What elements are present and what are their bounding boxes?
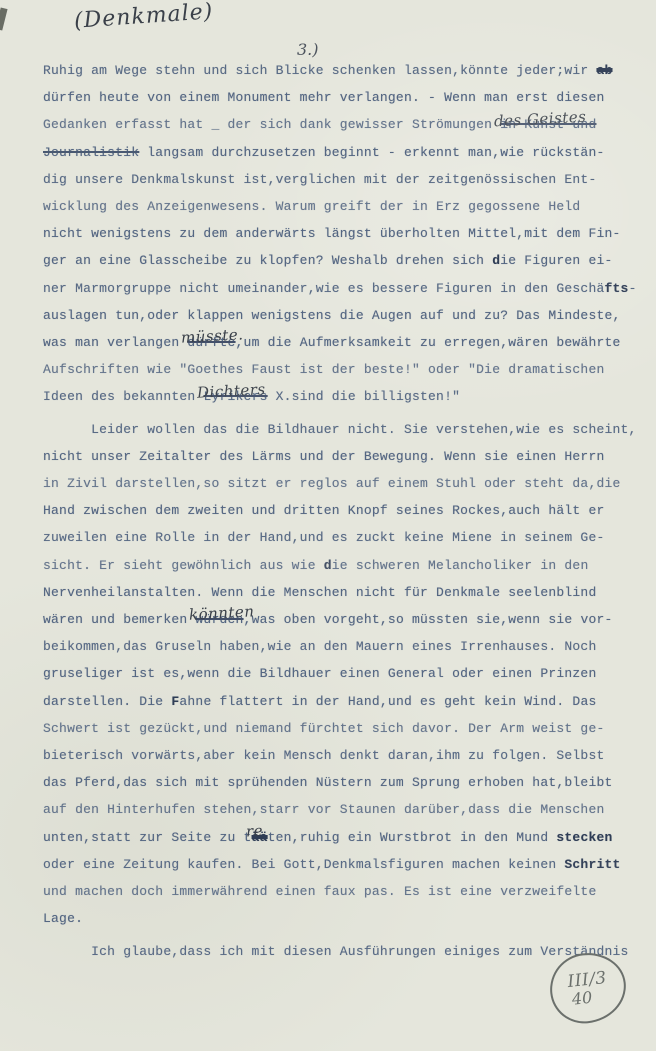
correction: dürftemüsste. [187, 329, 235, 356]
typed-text: ie schweren Melancholiker in den [332, 558, 589, 573]
typed-text: Aufschriften wie "Goethes Faust ist der … [43, 362, 605, 377]
typescript-line: nicht unser Zeitalter des Lärms und der … [43, 443, 633, 470]
typed-text: wären und bemerken [43, 612, 195, 627]
typescript-line: auf den Hinterhufen stehen,starr vor Sta… [43, 796, 633, 823]
typed-text: wicklung des Anzeigenwesens. Warum greif… [43, 199, 580, 214]
correction: ääre [252, 824, 268, 851]
typed-text: Ideen des bekannten [43, 389, 203, 404]
handwritten-correction: des Geistes [494, 109, 587, 129]
typescript-line: in Zivil darstellen,so sitzt er reglos a… [43, 470, 633, 497]
handwritten-correction: könnten [189, 605, 255, 623]
typed-text: zuweilen eine Rolle in der Hand,und es z… [43, 530, 605, 545]
overtyped-text: Schritt [564, 857, 620, 872]
typescript-line: auslagen tun,oder klappen wenigstens die… [43, 302, 633, 329]
typescript-line: Hand zwischen dem zweiten und dritten Kn… [43, 497, 633, 524]
typed-text: Nervenheilanstalten. Wenn die Menschen n… [43, 585, 596, 600]
typescript-line: Gedanken erfasst hat _ der sich dank gew… [43, 111, 633, 138]
document-page: (Denkmale) 3.) Ruhig am Wege stehn und s… [0, 0, 656, 1051]
typed-text: ,was oben vorgeht,so müssten sie,wenn si… [244, 612, 613, 627]
typed-text: ner Marmorgruppe nicht umeinander,wie es… [43, 281, 605, 296]
paragraph: Leider wollen das die Bildhauer nicht. S… [43, 416, 633, 933]
typescript-line: das Pferd,das sich mit sprühenden Nüster… [43, 769, 633, 796]
scan-edge-mark [0, 7, 8, 30]
typed-text: auf den Hinterhufen stehen,starr vor Sta… [43, 802, 605, 817]
typed-text: in Zivil darstellen,so sitzt er reglos a… [43, 476, 621, 491]
typescript-line: gruseliger ist es,wenn die Bildhauer ein… [43, 660, 633, 687]
typed-text: was man verlangen [43, 335, 187, 350]
typescript-line: Ich glaube,dass ich mit diesen Ausführun… [43, 938, 633, 965]
typed-text: nicht wenigstens zu dem anderwärts längs… [43, 226, 621, 241]
typed-text: dig unsere Denkmalskunst ist,verglichen … [43, 172, 596, 187]
typed-text: bieterisch vorwärts,aber kein Mensch den… [43, 748, 605, 763]
typescript-line: bieterisch vorwärts,aber kein Mensch den… [43, 742, 633, 769]
typed-text: gruseliger ist es,wenn die Bildhauer ein… [43, 666, 596, 681]
typescript-line: Ideen des bekannten LyrikersDichters X.s… [43, 383, 633, 410]
typescript-line: Journalistik langsam durchzusetzen begin… [43, 139, 633, 166]
correction: LyrikersDichters [203, 383, 267, 410]
typed-text: dürfen heute von einem Monument mehr ver… [43, 90, 605, 105]
typed-text: das Pferd,das sich mit sprühenden Nüster… [43, 775, 613, 790]
typed-text: nicht unser Zeitalter des Lärms und der … [43, 449, 605, 464]
paragraph: Ich glaube,dass ich mit diesen Ausführun… [43, 938, 633, 965]
typed-text: ahne flattert in der Hand,und es geht ke… [179, 694, 596, 709]
typescript-line: Leider wollen das die Bildhauer nicht. S… [43, 416, 633, 443]
typescript-line: dig unsere Denkmalskunst ist,verglichen … [43, 166, 633, 193]
typescript-body: Ruhig am Wege stehn und sich Blicke sche… [43, 57, 633, 965]
typed-text: langsam durchzusetzen beginnt - erkennt … [139, 145, 604, 160]
typed-text: und machen doch immerwährend einen faux … [43, 884, 596, 899]
typed-text: oder eine Zeitung kaufen. Bei Gott,Denkm… [43, 857, 564, 872]
handwritten-correction: re [245, 823, 263, 839]
typescript-line: Ruhig am Wege stehn und sich Blicke sche… [43, 57, 633, 84]
typescript-line: zuweilen eine Rolle in der Hand,und es z… [43, 524, 633, 551]
typed-text: Lage. [43, 911, 83, 926]
typescript-line: wicklung des Anzeigenwesens. Warum greif… [43, 193, 633, 220]
overtyped-text: stecken [556, 830, 612, 845]
typed-text: unten,statt zur Seite zu t [43, 830, 252, 845]
typed-text: ,um die Aufmerksamkeit zu erregen,wären … [236, 335, 621, 350]
typescript-line: oder eine Zeitung kaufen. Bei Gott,Denkm… [43, 851, 633, 878]
typescript-line: Aufschriften wie "Goethes Faust ist der … [43, 356, 633, 383]
obliterated-text: ab [596, 63, 612, 78]
typescript-line: ner Marmorgruppe nicht umeinander,wie es… [43, 275, 633, 302]
typescript-line: sicht. Er sieht gewöhnlich aus wie die s… [43, 552, 633, 579]
typescript-line: nicht wenigstens zu dem anderwärts längs… [43, 220, 633, 247]
correction: würdenkönnten [195, 606, 243, 633]
typescript-line: dürfen heute von einem Monument mehr ver… [43, 84, 633, 111]
typed-text: beikommen,das Gruseln haben,wie an den M… [43, 639, 596, 654]
paragraph: Ruhig am Wege stehn und sich Blicke sche… [43, 57, 633, 411]
typed-text: darstellen. Die [43, 694, 171, 709]
typed-text: - [629, 281, 637, 296]
handwritten-correction: Dichters [197, 382, 266, 401]
struck-text: Journalistik [43, 145, 139, 160]
typed-text: sicht. Er sieht gewöhnlich aus wie [43, 558, 324, 573]
overtyped-text: d [324, 558, 332, 573]
typed-text: ie Figuren ei- [500, 253, 612, 268]
typescript-line: beikommen,das Gruseln haben,wie an den M… [43, 633, 633, 660]
typed-text: Schwert ist gezückt,und niemand fürchtet… [43, 721, 605, 736]
typed-text: Gedanken erfasst hat _ der sich dank gew… [43, 117, 500, 132]
correction: in Kunst unddes Geistes [500, 111, 596, 138]
typescript-line: Lage. [43, 905, 633, 932]
typescript-line: ger an eine Glasscheibe zu klopfen? Wesh… [43, 247, 633, 274]
handwritten-correction: müsste. [181, 328, 244, 346]
typescript-line: Nervenheilanstalten. Wenn die Menschen n… [43, 579, 633, 606]
archive-stamp-number: 40 [571, 987, 593, 1008]
typescript-line: und machen doch immerwährend einen faux … [43, 878, 633, 905]
overtyped-text: fts [605, 281, 629, 296]
typescript-line: was man verlangen dürftemüsste.,um die A… [43, 329, 633, 356]
typescript-line: unten,statt zur Seite zu tääreten,ruhig … [43, 824, 633, 851]
typed-text: auslagen tun,oder klappen wenigstens die… [43, 308, 621, 323]
typescript-line: wären und bemerken würdenkönnten,was obe… [43, 606, 633, 633]
typed-text: Leider wollen das die Bildhauer nicht. S… [43, 422, 637, 437]
typed-text: Hand zwischen dem zweiten und dritten Kn… [43, 503, 605, 518]
typed-text: ten,ruhig ein Wurstbrot in den Mund [268, 830, 557, 845]
typed-text: Ruhig am Wege stehn und sich Blicke sche… [43, 63, 596, 78]
typed-text: Ich glaube,dass ich mit diesen Ausführun… [43, 944, 629, 959]
typed-text: ger an eine Glasscheibe zu klopfen? Wesh… [43, 253, 492, 268]
typed-text: X.sind die billigsten!" [268, 389, 461, 404]
typescript-line: Schwert ist gezückt,und niemand fürchtet… [43, 715, 633, 742]
handwritten-title-annotation: (Denkmale) [73, 0, 214, 34]
typescript-line: darstellen. Die Fahne flattert in der Ha… [43, 688, 633, 715]
